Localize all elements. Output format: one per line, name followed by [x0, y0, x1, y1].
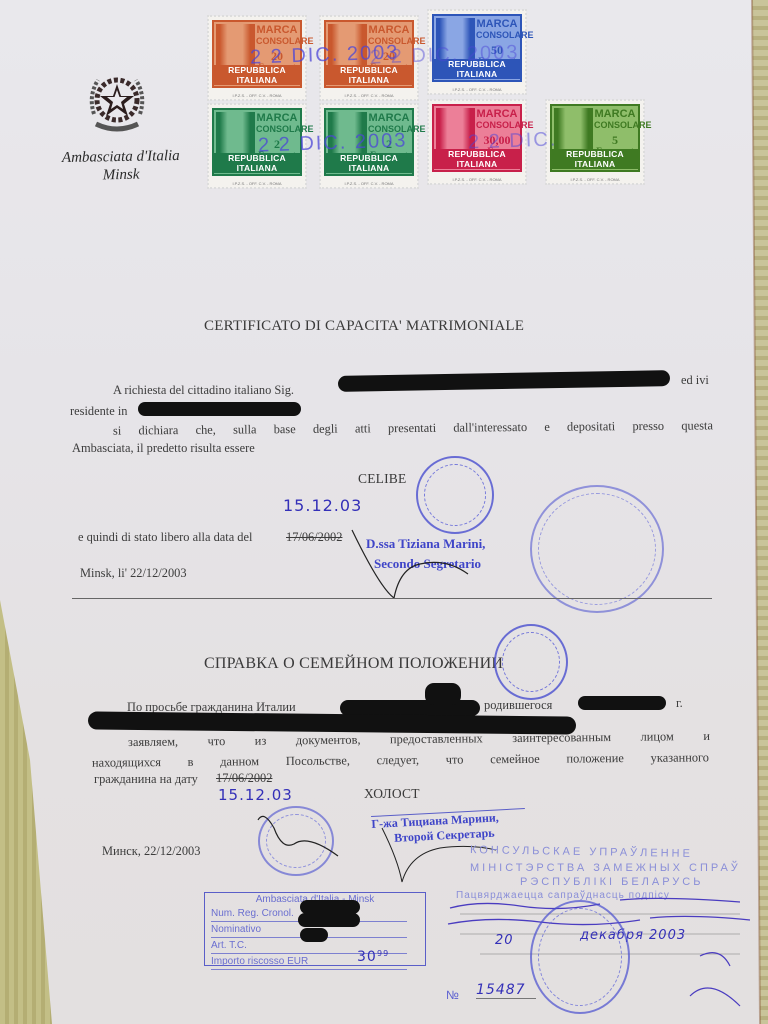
italia-turrita-portrait-icon — [554, 108, 593, 154]
struck-date: 17/06/2002 — [286, 530, 342, 545]
marital-status-russian: ХОЛОСТ — [364, 786, 420, 802]
signature — [350, 528, 480, 600]
word: dichiara — [138, 423, 178, 438]
embassy-seal — [416, 456, 494, 534]
italian-certificate-title: CERTIFICATO DI CAPACITA' MATRIMONIALE — [204, 318, 524, 335]
registration-number: 15487 — [476, 982, 536, 999]
redaction — [578, 696, 666, 710]
word: документов, — [296, 733, 361, 749]
word: questa — [681, 418, 713, 433]
word: degli — [313, 422, 338, 437]
requester-line-prefix: A richiesta del cittadino italiano Sig. — [113, 383, 294, 398]
embassy-name: Ambasciata d'Italia Minsk — [56, 147, 187, 185]
word: предоставленных — [390, 731, 483, 747]
declaration-line-end: Ambasciata, il predetto risulta essere — [72, 441, 255, 456]
embassy-seal — [494, 624, 568, 700]
italian-place-date: Minsk, li' 22/12/2003 — [80, 566, 187, 581]
embassy-name-line1: Ambasciata d'Italia — [56, 147, 186, 167]
word: указанного — [651, 750, 709, 766]
word: следует, — [377, 753, 420, 768]
redaction — [425, 683, 461, 705]
cancellation-mark: 2 2 DIC. — [468, 128, 558, 154]
russian-certificate-title: СПРАВКА О СЕМЕЙНОМ ПОЛОЖЕНИИ — [204, 655, 503, 673]
handwritten-date: 15.12.03 — [283, 496, 362, 515]
redaction — [300, 900, 360, 914]
marital-status-italian: CELIBE — [358, 471, 406, 487]
word: находящихся — [92, 755, 161, 771]
consular-stamp: MARCACONSOLARE 5 Euro cent REPUBBLICA IT… — [546, 100, 644, 184]
word: che, — [196, 423, 216, 438]
word: presso — [632, 419, 664, 434]
word: и — [703, 729, 710, 744]
ru-struck-date: 17/06/2002 — [216, 771, 272, 786]
word: dall'interessato — [453, 420, 527, 436]
signature — [254, 810, 344, 870]
ru-year-suffix: г. — [676, 696, 683, 711]
word: положение — [566, 751, 624, 767]
ru-date-prefix: гражданина на дату — [94, 772, 198, 787]
ru-handwritten-date: 15.12.03 — [218, 786, 293, 804]
belarus-stamp-line2: МІНІСТЭРСТВА ЗАМЕЖНЫХ СПРАЎ — [470, 862, 741, 874]
ru-place-date: Минск, 22/12/2003 — [102, 844, 200, 859]
redaction — [298, 913, 360, 927]
word: si — [113, 424, 121, 439]
word: заявляем, — [128, 735, 178, 751]
word: что — [208, 734, 226, 749]
italian-republic-emblem-icon — [84, 66, 150, 146]
ru-born-label: родившегося — [484, 698, 552, 713]
word: лицом — [640, 729, 673, 744]
residence-prefix: residente in — [70, 404, 127, 419]
amount-cents-handwritten: 99 — [377, 946, 389, 961]
word: заинтересованным — [512, 730, 611, 746]
word: Посольстве, — [286, 753, 350, 769]
free-status-prefix: e quindi di stato libero alla data del — [78, 530, 252, 545]
word: что — [446, 752, 464, 767]
redaction — [300, 928, 328, 942]
amount-handwritten: 30 — [357, 950, 377, 965]
section-divider — [72, 598, 712, 599]
registry-row-amount: Importo riscosso EUR 30 99 — [211, 954, 407, 970]
belarus-consular-seal — [530, 900, 630, 1014]
italia-turrita-portrait-icon — [216, 112, 255, 158]
word: presentati — [388, 421, 436, 436]
requester-line-suffix: ed ivi — [681, 373, 709, 388]
handwritten-day: 20 — [495, 933, 514, 948]
word: из — [255, 734, 267, 749]
word: в — [188, 755, 194, 770]
word: e — [544, 420, 550, 435]
word: sulla — [233, 422, 257, 437]
word: depositati — [567, 419, 615, 434]
word: base — [274, 422, 296, 437]
word: данном — [220, 754, 259, 769]
belarus-stamp-line3: РЭСПУБЛІКІ БЕЛАРУСЬ — [520, 876, 703, 888]
word: atti — [355, 421, 371, 436]
embassy-seal-large — [530, 485, 664, 613]
word: семейное — [490, 752, 540, 767]
registration-number-label: № — [446, 988, 459, 1002]
redaction — [138, 402, 301, 416]
embassy-name-line2: Minsk — [56, 165, 186, 185]
